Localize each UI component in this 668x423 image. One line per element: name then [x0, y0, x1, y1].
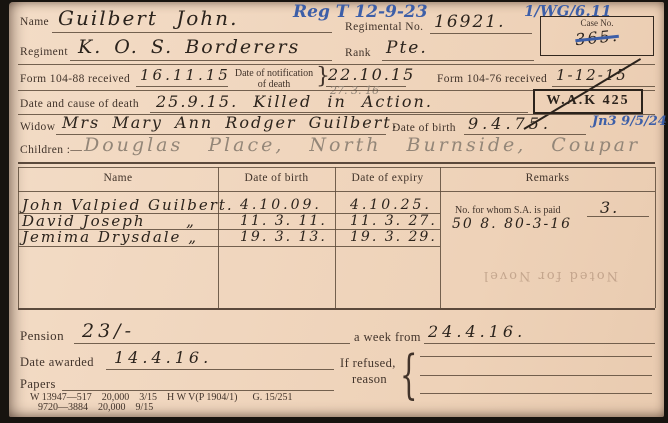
form-104-88-value: 16.11.15	[140, 66, 231, 84]
week-from-label: a week from	[354, 330, 421, 345]
death-label: Date and cause of death	[20, 98, 139, 110]
widow-label: Widow	[20, 121, 55, 133]
rule-line	[382, 60, 534, 61]
week-from-value: 24.4.16.	[428, 322, 526, 341]
reg-annotation: Reg T 12-9-23	[293, 2, 428, 22]
table-vline	[655, 167, 656, 308]
case-no-box: Case No. 365.	[540, 16, 654, 56]
dob-label: Date of birth	[392, 122, 456, 134]
dob-value: 9.4.75.	[468, 114, 552, 133]
table-vline	[440, 167, 441, 308]
child-expiry: 11. 3. 27.	[350, 213, 437, 229]
child-dob: 4.10.09.	[240, 197, 322, 213]
children-label: Children :—	[20, 144, 82, 156]
table-top-border	[18, 167, 655, 168]
rule-line	[552, 86, 655, 87]
printer-footer-line2: 9720—3884 20,000 9/15	[38, 402, 153, 413]
notification-value: 22.10.15	[328, 65, 415, 84]
blue-date-note: Jn3 9/5/24	[592, 114, 667, 129]
regiment-label: Regiment	[20, 46, 68, 58]
rank-value: Pte.	[386, 38, 428, 58]
refused-brace: {	[400, 344, 417, 405]
notification-label: Date of notification of death	[231, 68, 317, 90]
table-vline	[218, 167, 219, 308]
child-dob: 19. 3. 13.	[240, 229, 327, 245]
refused-label-line1: If refused,	[340, 356, 396, 371]
regimental-no-value: 16921.	[434, 12, 505, 32]
table-header-dob: Date of birth	[218, 172, 335, 184]
rule-line	[106, 369, 334, 370]
name-label: Name	[20, 16, 49, 28]
pension-label: Pension	[20, 328, 64, 344]
table-vline	[18, 167, 19, 308]
rule-line	[18, 162, 655, 164]
pension-value: 23/-	[82, 320, 135, 342]
rule-line	[424, 343, 655, 344]
child-name: Jemima Drysdale „	[22, 228, 198, 246]
remarks-sa-label: No. for whom S.A. is paid	[455, 205, 561, 216]
table-row-line	[18, 246, 440, 247]
rule-line	[70, 60, 332, 61]
table-row: Jemima Drysdale „	[22, 228, 198, 246]
notification-label-line2: of death	[258, 79, 291, 90]
table-vline	[335, 167, 336, 308]
form-104-76-label: Form 104-76 received	[437, 73, 547, 85]
regimental-no-label: Regimental No.	[345, 21, 423, 33]
refused-blank-line	[420, 375, 652, 376]
bleedthrough-text: Noted for Novel	[482, 268, 618, 283]
name-value: Guilbert John.	[58, 6, 238, 30]
rule-line	[62, 390, 334, 391]
table-header-name: Name	[18, 172, 218, 184]
death-value: 25.9.15. Killed in Action.	[156, 92, 433, 111]
rank-label: Rank	[345, 47, 371, 59]
remarks-sa-value: 3.	[600, 198, 619, 217]
child-expiry: 19. 3. 29.	[350, 229, 437, 245]
table-bottom-border	[18, 308, 655, 310]
widow-value: Mrs Mary Ann Rodger Guilbert.	[62, 113, 399, 132]
date-awarded-value: 14.4.16.	[114, 348, 212, 367]
form-104-76-value: 1-12-15	[556, 66, 628, 84]
regiment-value: K. O. S. Borderers	[78, 36, 300, 58]
rule-line	[430, 33, 532, 34]
refused-blank-line	[420, 356, 652, 357]
child-expiry: 4.10.25.	[350, 197, 432, 213]
notification-label-line1: Date of notification	[235, 68, 313, 79]
rule-line	[136, 86, 228, 87]
table-header-remarks: Remarks	[440, 172, 655, 184]
table-header-expiry: Date of expiry	[335, 172, 440, 184]
refused-label-line2: reason	[352, 372, 387, 387]
children-address-value: Douglas Place, North Burnside, Coupar	[84, 134, 640, 156]
rule-line	[52, 32, 332, 33]
table-header-border	[18, 191, 655, 192]
scanned-pension-card: Name Guilbert John. Reg T 12-9-23 Regime…	[0, 0, 668, 423]
refused-blank-line	[420, 393, 652, 394]
remarks-note-value: 50 8. 80-3-16	[452, 216, 572, 232]
date-awarded-label: Date awarded	[20, 355, 94, 370]
child-dob: 11. 3. 11.	[240, 213, 327, 229]
form-104-88-label: Form 104-88 received	[20, 73, 130, 85]
wak-stamp-box: W.A.K 425	[533, 89, 643, 114]
papers-label: Papers	[20, 377, 56, 392]
rule-line	[74, 343, 350, 344]
